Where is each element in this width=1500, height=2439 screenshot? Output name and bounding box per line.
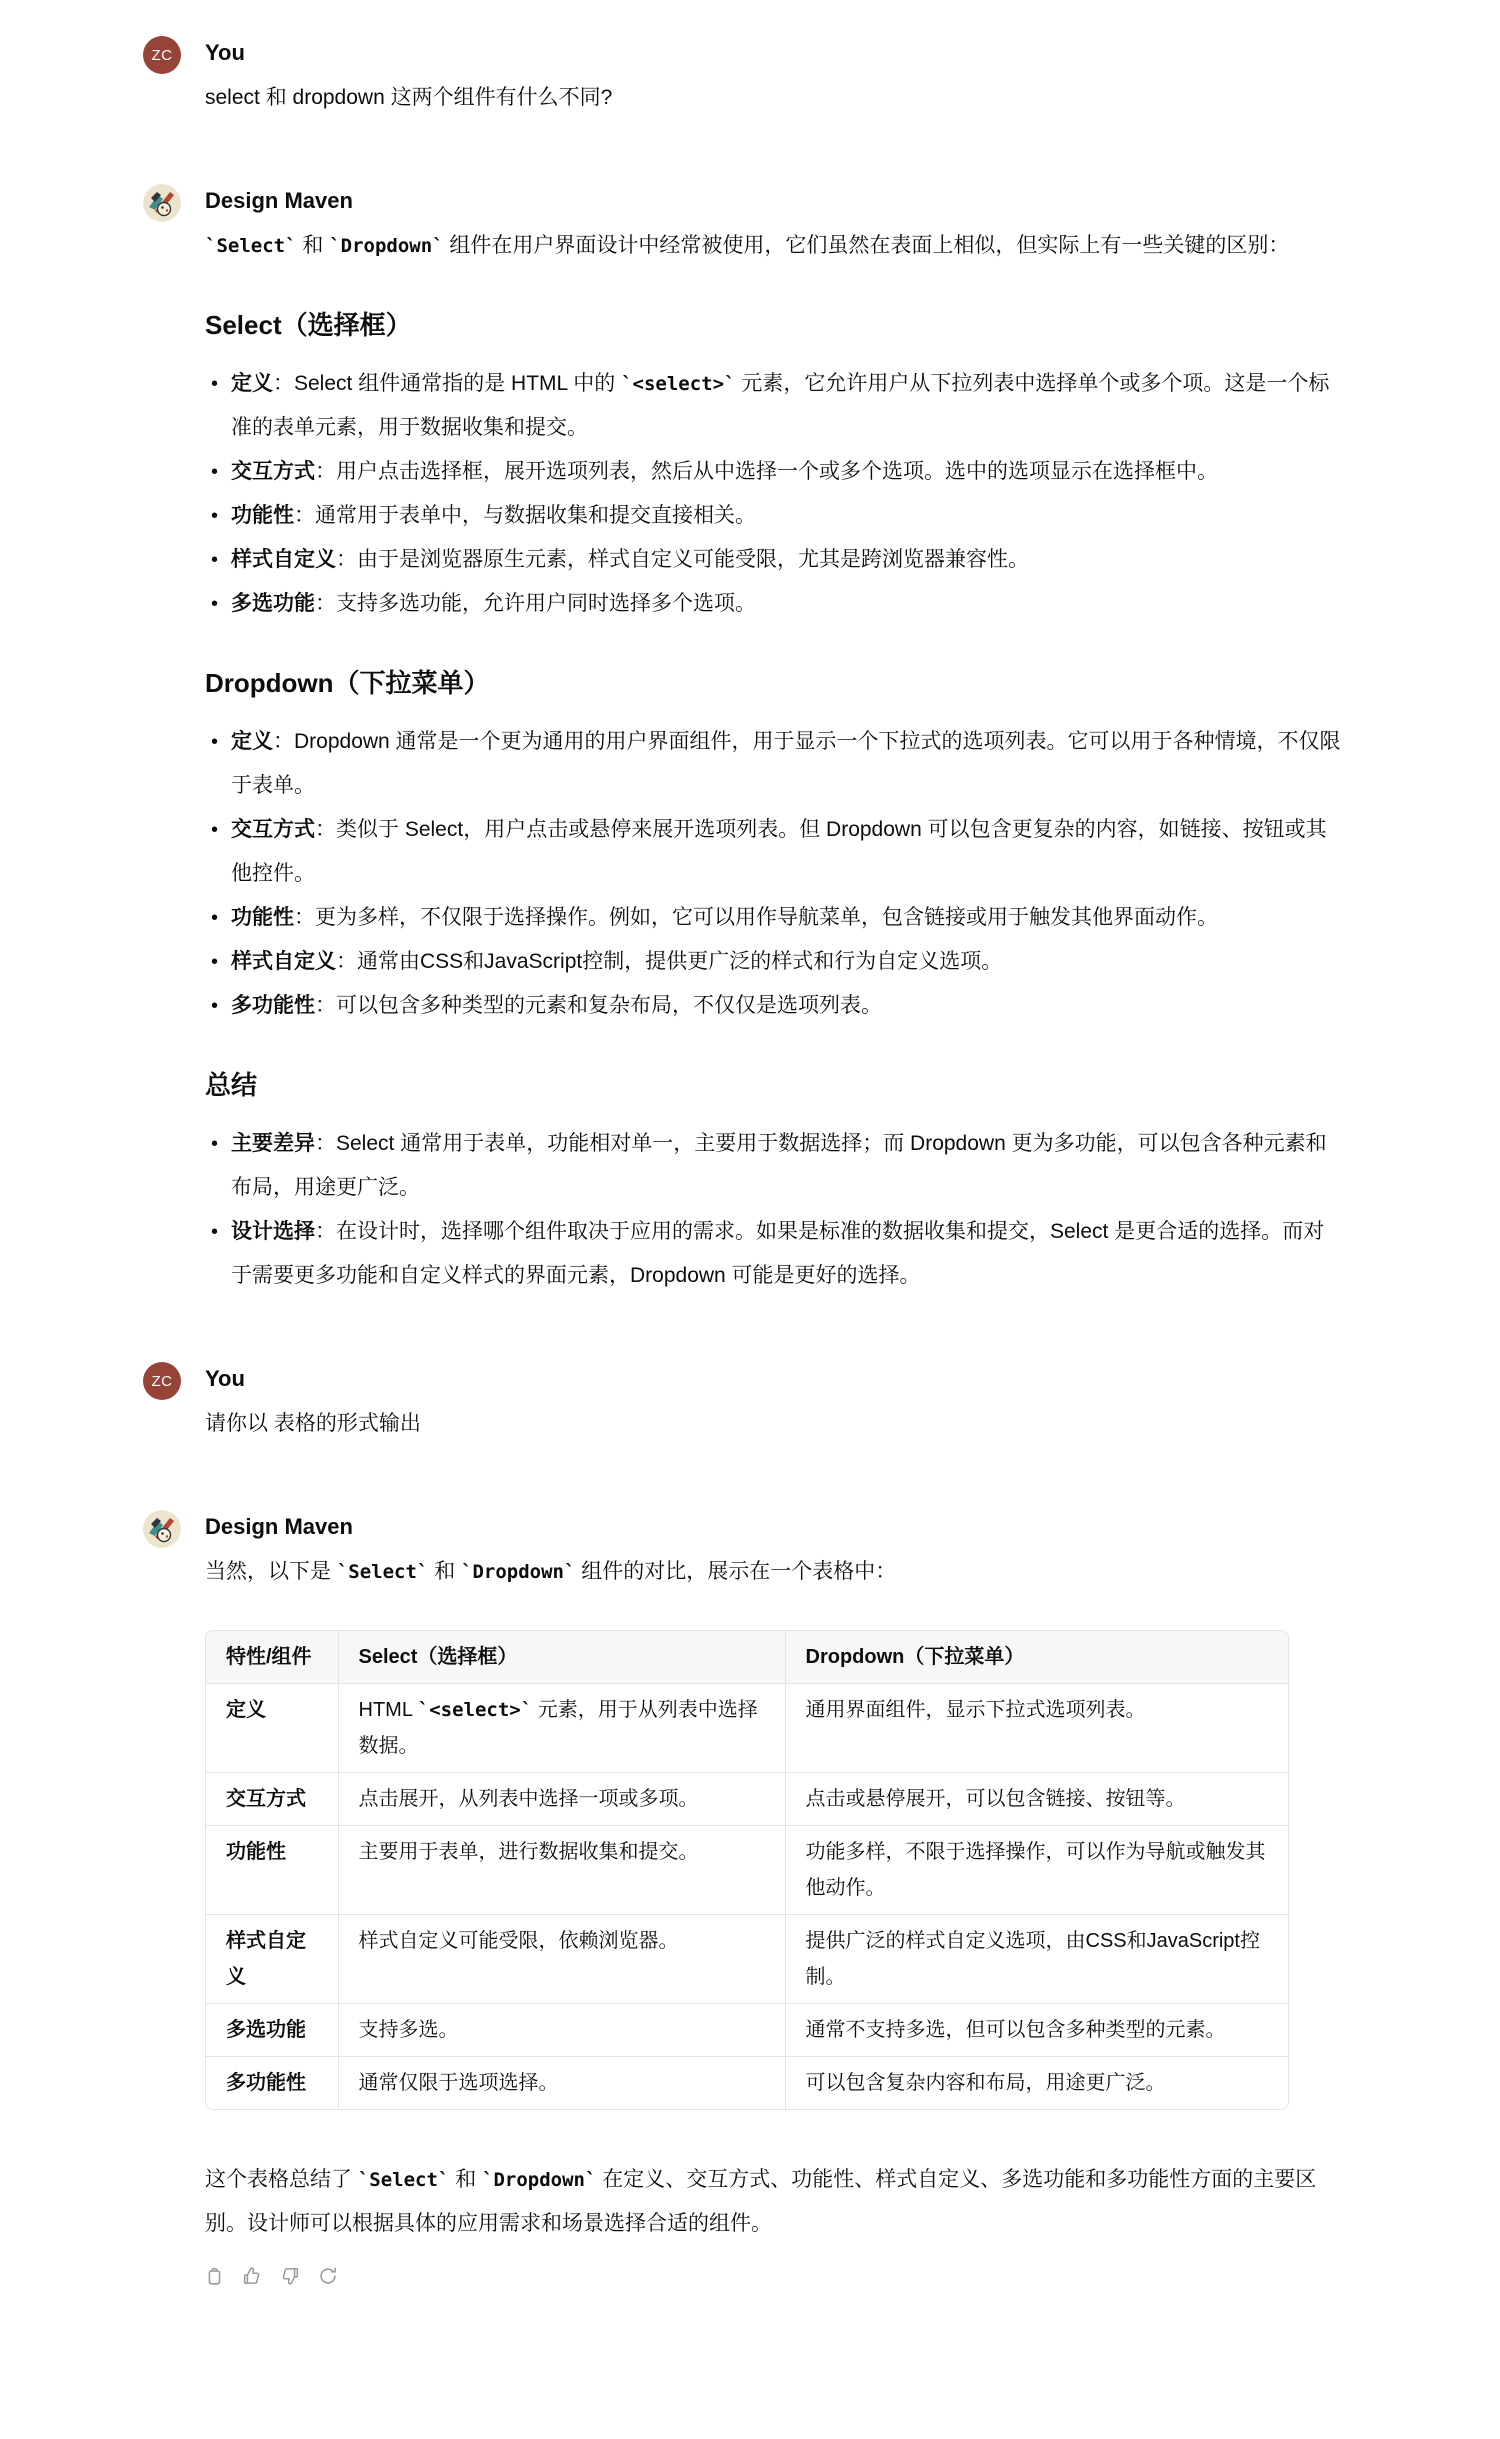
thumbs-down-button[interactable] xyxy=(279,2264,303,2288)
column-header-select: Select（选择框） xyxy=(338,1631,785,1684)
cell-select: HTML `<select>` 元素，用于从列表中选择数据。 xyxy=(338,1684,785,1773)
list-item: 定义：Select 组件通常指的是 HTML 中的 `<select>` 元素，… xyxy=(205,362,1341,450)
heading-select: Select（选择框） xyxy=(205,308,1341,342)
table-row: 交互方式 点击展开，从列表中选择一项或多项。 点击或悬停展开，可以包含链接、按钮… xyxy=(206,1773,1288,1826)
list-item: 设计选择：在设计时，选择哪个组件取决于应用的需求。如果是标准的数据收集和提交，S… xyxy=(205,1210,1341,1298)
assistant-avatar xyxy=(143,1510,181,1548)
copy-button[interactable] xyxy=(203,2264,227,2288)
assistant-avatar xyxy=(143,184,181,222)
list-item: 样式自定义：由于是浏览器原生元素，样式自定义可能受限，尤其是跨浏览器兼容性。 xyxy=(205,538,1341,582)
cell-select: 通常仅限于选项选择。 xyxy=(338,2057,785,2110)
comparison-table: 特性/组件 Select（选择框） Dropdown（下拉菜单） 定义 HTML… xyxy=(205,1630,1289,2110)
message-user-2: ZC You 请你以 表格的形式输出 xyxy=(143,1362,1341,1446)
cell-select: 点击展开，从列表中选择一项或多项。 xyxy=(338,1773,785,1826)
summary-bullet-list: 主要差异：Select 通常用于表单，功能相对单一，主要用于数据选择；而 Dro… xyxy=(205,1122,1341,1298)
cell-select: 支持多选。 xyxy=(338,2004,785,2057)
dropdown-bullet-list: 定义：Dropdown 通常是一个更为通用的用户界面组件，用于显示一个下拉式的选… xyxy=(205,720,1341,1028)
message-actions xyxy=(203,2264,1341,2288)
list-item: 交互方式：类似于 Select，用户点击或悬停来展开选项列表。但 Dropdow… xyxy=(205,808,1341,896)
cell-dropdown: 提供广泛的样式自定义选项，由CSS和JavaScript控制。 xyxy=(785,1915,1288,2004)
table-row: 多功能性 通常仅限于选项选择。 可以包含复杂内容和布局，用途更广泛。 xyxy=(206,2057,1288,2110)
cell-dropdown: 通常不支持多选，但可以包含多种类型的元素。 xyxy=(785,2004,1288,2057)
user-message-text: select 和 dropdown 这两个组件有什么不同? xyxy=(205,76,1341,120)
user-avatar: ZC xyxy=(143,36,181,74)
row-feature: 多选功能 xyxy=(206,2004,338,2057)
user-avatar-initials: ZC xyxy=(152,1373,173,1390)
user-message-text: 请你以 表格的形式输出 xyxy=(205,1402,1341,1446)
row-feature: 样式自定义 xyxy=(206,1915,338,2004)
row-feature: 功能性 xyxy=(206,1826,338,1915)
cell-dropdown: 功能多样，不限于选择操作，可以作为导航或触发其他动作。 xyxy=(785,1826,1288,1915)
row-feature: 交互方式 xyxy=(206,1773,338,1826)
thumbs-up-icon xyxy=(241,2265,263,2287)
list-item: 定义：Dropdown 通常是一个更为通用的用户界面组件，用于显示一个下拉式的选… xyxy=(205,720,1341,808)
row-feature: 定义 xyxy=(206,1684,338,1773)
list-item: 功能性：通常用于表单中，与数据收集和提交直接相关。 xyxy=(205,494,1341,538)
cell-dropdown: 点击或悬停展开，可以包含链接、按钮等。 xyxy=(785,1773,1288,1826)
user-avatar-initials: ZC xyxy=(152,47,173,64)
user-avatar: ZC xyxy=(143,1362,181,1400)
message-assistant-1: Design Maven `Select` 和 `Dropdown` 组件在用户… xyxy=(143,184,1341,1298)
assistant-table-outro: 这个表格总结了 `Select` 和 `Dropdown` 在定义、交互方式、功… xyxy=(205,2158,1341,2246)
chat-thread: ZC You select 和 dropdown 这两个组件有什么不同? Des… xyxy=(0,0,1341,2288)
cell-select: 主要用于表单，进行数据收集和提交。 xyxy=(338,1826,785,1915)
sender-name-assistant: Design Maven xyxy=(205,1510,1341,1544)
assistant-table-intro: 当然，以下是 `Select` 和 `Dropdown` 组件的对比，展示在一个… xyxy=(205,1550,1341,1594)
message-assistant-2: Design Maven 当然，以下是 `Select` 和 `Dropdown… xyxy=(143,1510,1341,2288)
assistant-avatar-image xyxy=(143,184,181,222)
cell-dropdown: 通用界面组件，显示下拉式选项列表。 xyxy=(785,1684,1288,1773)
column-header-feature: 特性/组件 xyxy=(206,1631,338,1684)
thumbs-up-button[interactable] xyxy=(241,2264,265,2288)
assistant-avatar-image xyxy=(143,1510,181,1548)
sender-name-user: You xyxy=(205,36,1341,70)
heading-dropdown: Dropdown（下拉菜单） xyxy=(205,666,1341,700)
list-item: 功能性：更为多样，不仅限于选择操作。例如，它可以用作导航菜单，包含链接或用于触发… xyxy=(205,896,1341,940)
list-item: 样式自定义：通常由CSS和JavaScript控制，提供更广泛的样式和行为自定义… xyxy=(205,940,1341,984)
thumbs-down-icon xyxy=(279,2265,301,2287)
select-bullet-list: 定义：Select 组件通常指的是 HTML 中的 `<select>` 元素，… xyxy=(205,362,1341,626)
assistant-intro-paragraph: `Select` 和 `Dropdown` 组件在用户界面设计中经常被使用，它们… xyxy=(205,224,1341,268)
clipboard-icon xyxy=(203,2265,225,2287)
regenerate-button[interactable] xyxy=(317,2264,341,2288)
column-header-dropdown: Dropdown（下拉菜单） xyxy=(785,1631,1288,1684)
table-row: 功能性 主要用于表单，进行数据收集和提交。 功能多样，不限于选择操作，可以作为导… xyxy=(206,1826,1288,1915)
heading-summary: 总结 xyxy=(205,1068,1341,1102)
table-header-row: 特性/组件 Select（选择框） Dropdown（下拉菜单） xyxy=(206,1631,1288,1684)
message-user-1: ZC You select 和 dropdown 这两个组件有什么不同? xyxy=(143,36,1341,120)
list-item: 多功能性：可以包含多种类型的元素和复杂布局，不仅仅是选项列表。 xyxy=(205,984,1341,1028)
table-row: 多选功能 支持多选。 通常不支持多选，但可以包含多种类型的元素。 xyxy=(206,2004,1288,2057)
table-row: 定义 HTML `<select>` 元素，用于从列表中选择数据。 通用界面组件… xyxy=(206,1684,1288,1773)
regenerate-icon xyxy=(317,2265,339,2287)
list-item: 主要差异：Select 通常用于表单，功能相对单一，主要用于数据选择；而 Dro… xyxy=(205,1122,1341,1210)
table-row: 样式自定义 样式自定义可能受限，依赖浏览器。 提供广泛的样式自定义选项，由CSS… xyxy=(206,1915,1288,2004)
sender-name-assistant: Design Maven xyxy=(205,184,1341,218)
list-item: 交互方式：用户点击选择框，展开选项列表，然后从中选择一个或多个选项。选中的选项显… xyxy=(205,450,1341,494)
cell-dropdown: 可以包含复杂内容和布局，用途更广泛。 xyxy=(785,2057,1288,2110)
list-item: 多选功能：支持多选功能，允许用户同时选择多个选项。 xyxy=(205,582,1341,626)
cell-select: 样式自定义可能受限，依赖浏览器。 xyxy=(338,1915,785,2004)
row-feature: 多功能性 xyxy=(206,2057,338,2110)
sender-name-user: You xyxy=(205,1362,1341,1396)
